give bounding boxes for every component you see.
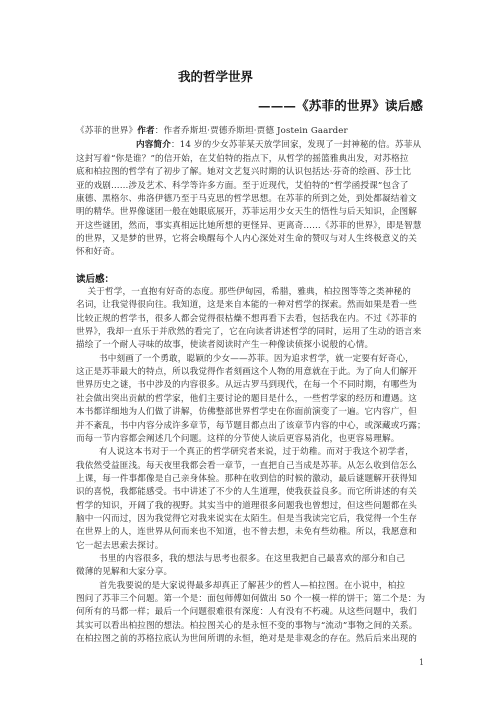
review-line: 哲学的知识，开阔了我的视野。其实当中的道理很多问题我也曾想过，但这些问题都在头 xyxy=(76,499,417,511)
review-line: 识的喜悦，我都能感受。书中讲述了不少的人生道理，使我获益良多。而它所讲述的有关 xyxy=(76,485,417,497)
review-line: 本书都详细地为人们做了讲解，仿佛整部世界哲学史在你面前演变了一遍。它内容广，但 xyxy=(76,405,417,417)
summary-label: 内容简介 xyxy=(136,140,171,150)
review-line: 它一起去思索去探讨。 xyxy=(76,539,163,551)
summary-line: 明的精华。世界像谜团一般在她眼底展开，苏菲运用少女天生的悟性与后天知识，企图解 xyxy=(76,205,417,217)
book-title: 《苏菲的世界》 xyxy=(76,126,137,136)
review-line: 何所有的马都一样；最后一个问题很难很有深度：人有没有不朽魂。从这些问题中，我们 xyxy=(76,605,417,617)
review-line: 名词，让我觉得很向往。我知道，这是来自本能的一种对哲学的探索。然而如果是看一些 xyxy=(76,298,417,310)
summary-first-line: 内容简介：14 岁的少女苏菲某天放学回家，发现了一封神秘的信。苏菲从 xyxy=(136,138,421,150)
review-line: 我依然受益匪浅。每天夜里我都会看一章节，一直把自己当成是苏菲。从怎么收到信怎么 xyxy=(76,459,417,471)
summary-line: 康德、黑格尔、弗洛伊德乃至于马克思的哲学思想。在苏菲的所到之处，到处都凝结着文 xyxy=(76,192,417,204)
review-line: 描绘了一个耐人寻味的故事，使读者阅读时产生一种像读侦探小说般的心情。 xyxy=(76,338,373,350)
review-line: 其实可以看出柏拉图的想法。柏拉图关心的是永恒不变的事物与“流动”事物之间的关系。 xyxy=(76,619,417,631)
summary-line: 的世界，又是梦的世界，它将会唤醒每个人内心深处对生命的赞叹与对人生终极意义的关 xyxy=(76,232,417,244)
review-line: 比较正规的哲学书，很多人都会觉得很枯燥不想再看下去看，包括我在内。不过《苏菲的 xyxy=(76,312,417,324)
review-line: 世界》，我却一直乐于并欣然的看完了，它在向读者讲述哲学的同时，运用了生动的语言来 xyxy=(76,325,421,337)
book-meta-line: 《苏菲的世界》作者：作者乔斯坦·贾德乔斯坦·贾德 Jostein Gaarder xyxy=(76,124,348,136)
review-line: 在世界上的人，连世界从何而来也不知道，也不曾去想，未免有些幼稚。所以，我愿意和 xyxy=(76,525,417,537)
document-title: 我的哲学世界 xyxy=(178,67,253,85)
summary-text: ：14 岁的少女苏菲某天放学回家，发现了一封神秘的信。苏菲从 xyxy=(171,140,421,150)
summary-line: 这封写着“你是谁？”的信开始，在艾伯特的指点下，从哲学的摇篮雅典出发，对苏格拉 xyxy=(76,152,409,164)
review-line: 书里的内容很多，我的想法与思考也很多。在这里我把自己最喜欢的部分和自己 xyxy=(76,552,405,564)
review-heading: 读后感： xyxy=(76,271,114,285)
review-line: 微薄的见解和大家分享。 xyxy=(76,565,172,577)
review-line: 上课，每一件事都像是自己亲身体验。那种在收到信的时候的激动，最后谜题解开获得知 xyxy=(76,472,417,484)
summary-line: 底和柏拉图的哲学有了初步了解。她对文艺复兴时期的认识包括达·芬奇的绘画、莎士比 xyxy=(76,165,411,177)
author-value: ：作者乔斯坦·贾德乔斯坦·贾德 Jostein Gaarder xyxy=(155,126,348,136)
review-line: 书中刻画了一个勇敢，聪颖的少女——苏菲。因为追求哲学，就一定要有好奇心， xyxy=(76,352,414,364)
summary-line: 开这些谜团，然而，事实真相远比她所想的更怪异、更离奇……《苏菲的世界》，即是智慧 xyxy=(76,219,421,231)
review-line: 社会做出突出贡献的哲学家，他们主要讨论的题目是什么，一些哲学家的经历和遭遇。这 xyxy=(76,392,417,404)
review-line: 而每一节内容都会阐述几个问题。这样的分节使人读后更容易消化，也更容易理解。 xyxy=(76,432,400,444)
review-line: 并不紊乱，书中内容分成许多章节，每节题目都点出了该章节内容的中心，或深藏或巧露； xyxy=(76,419,426,431)
review-line: 关于哲学，一直抱有好奇的态度。那些伊甸园，希腊，雅典，柏拉图等等之类神秘的 xyxy=(76,285,411,297)
review-line: 脑中一闪而过，因为我觉得它对我来说实在太陌生。但是当我读完它后，我觉得一个生存 xyxy=(76,512,417,524)
summary-line: 怀和好奇。 xyxy=(76,245,120,257)
page-number: 1 xyxy=(419,658,424,667)
review-line: 世界历史之谜，书中涉及的内容很多。从远古罗马到现代，在每一个不同时期，有哪些为 xyxy=(76,378,417,390)
summary-line: 亚的戏剧……涉及艺术、科学等许多方面。至于近现代，艾伯特的“哲学函授课”包含了 xyxy=(76,179,409,191)
author-label: 作者 xyxy=(137,126,155,136)
review-line: 首先我要说的是大家说得最多却真正了解甚少的哲人—柏拉图。在小说中，柏拉 xyxy=(76,579,405,591)
review-line: 有人说这本书对于一个真正的哲学研究者来说，过于幼稚。而对于我这个初学者， xyxy=(76,445,414,457)
review-line: 图问了苏菲三个问题。第一个是：面包师傅如何做出 50 个一模一样的饼干；第二个是… xyxy=(76,592,425,604)
review-line: 在柏拉图之前的苏格拉底认为世间所谓的永恒，绝对是是非观念的存在。然后后来出现的 xyxy=(76,632,417,644)
document-subtitle: ———《苏菲的世界》读后感 xyxy=(258,96,423,114)
review-line: 这正是苏菲最大的特点，所以我觉得作者刻画这个人物的用意就在于此。为了向人们解开 xyxy=(76,365,417,377)
